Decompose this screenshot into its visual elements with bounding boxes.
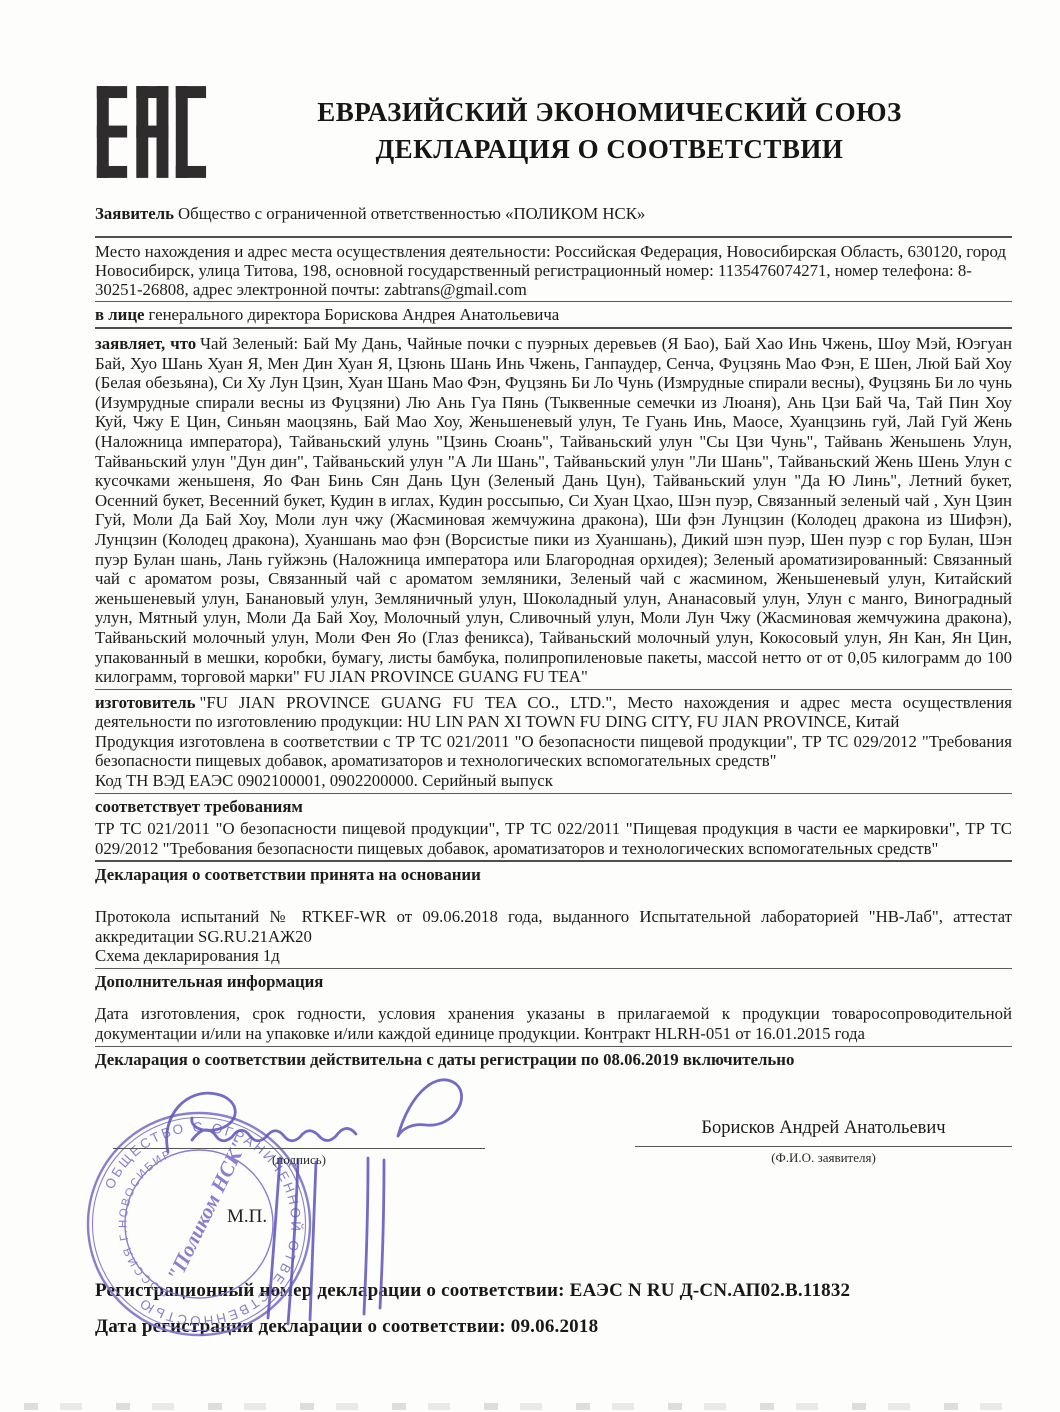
additional-info-paragraph: Дата изготовления, срок годности, услови… [95,1004,1012,1043]
fio-line [635,1146,1012,1147]
production-standards-paragraph: Продукция изготовлена в соответствии с Т… [95,732,1012,771]
divider [95,327,1012,329]
representative-value: генерального директора Борискова Андрея … [148,305,559,324]
compliance-header: соответствует требованиям [95,797,1012,817]
representative-label: в лице [95,305,144,324]
validity-line: Декларация о соответствии действительна … [95,1050,1012,1070]
additional-info-header: Дополнительная информация [95,972,1012,992]
document-header: ЕВРАЗИЙСКИЙ ЭКОНОМИЧЕСКИЙ СОЮЗ ДЕКЛАРАЦИ… [95,82,1012,182]
representative-line: в лицегенерального директора Борискова А… [95,305,1012,325]
divider [95,968,1012,969]
divider [95,1046,1012,1047]
page-title: ЕВРАЗИЙСКИЙ ЭКОНОМИЧЕСКИЙ СОЮЗ ДЕКЛАРАЦИ… [207,82,1012,168]
applicant-line: ЗаявительОбщество с ограниченной ответст… [95,204,1012,224]
manufacturer-value: "FU JIAN PROVINCE GUANG FU TEA CO., LTD.… [95,693,1012,732]
fio-caption: (Ф.И.О. заявителя) [635,1150,1012,1166]
fio-block: Борисков Андрей Анатольевич (Ф.И.О. заяв… [635,1118,1012,1166]
title-line-union: ЕВРАЗИЙСКИЙ ЭКОНОМИЧЕСКИЙ СОЮЗ [207,94,1012,131]
divider [95,860,1012,862]
applicant-label: Заявитель [95,204,174,223]
address-paragraph: Место нахождения и адрес места осуществл… [95,242,1012,299]
registration-number-value: ЕАЭС N RU Д-CN.АП02.В.11832 [570,1280,851,1301]
manufacturer-paragraph: изготовитель"FU JIAN PROVINCE GUANG FU T… [95,693,1012,732]
eac-logo-icon [95,82,207,182]
applicant-fio: Борисков Андрей Анатольевич [635,1118,1012,1139]
divider [95,301,1012,302]
signature-caption: (подпись) [113,1152,485,1168]
stamp-place-label: М.П. [227,1206,267,1228]
signature-line-block: (подпись) [113,1148,485,1168]
declaration-document: ЕВРАЗИЙСКИЙ ЭКОНОМИЧЕСКИЙ СОЮЗ ДЕКЛАРАЦИ… [95,82,1012,1338]
manufacturer-label: изготовитель [95,693,196,712]
declares-paragraph: заявляет, чтоЧай Зеленый: Бай Му Дань, Ч… [95,334,1012,687]
declares-label: заявляет, что [95,334,196,353]
compliance-paragraph: ТР ТС 021/2011 "О безопасности пищевой п… [95,819,1012,858]
scan-noise-artifact [24,1403,1036,1410]
signature-line [113,1148,485,1149]
divider [95,793,1012,794]
title-line-declaration: ДЕКЛАРАЦИЯ О СООТВЕТСТВИИ [207,131,1012,168]
divider [95,689,1012,690]
signature-handwriting [130,1074,560,1336]
applicant-value: Общество с ограниченной ответственностью… [178,204,645,223]
basis-header: Декларация о соответствии принята на осн… [95,865,1012,885]
scanned-declaration-page: { "header": { "title1": "ЕВРАЗИЙСКИЙ ЭКО… [0,0,1060,1412]
signature-area: ОБЩЕСТВО С ОГРАНИЧЕННОЙ ОТВЕТСТВЕННОСТЬЮ… [95,1084,1012,1276]
product-list: Чай Зеленый: Бай Му Дань, Чайные почки с… [95,334,1012,686]
tnved-code-line: Код ТН ВЭД ЕАЭС 0902100001, 0902200000. … [95,771,1012,791]
declaration-scheme-line: Схема декларирования 1д [95,946,1012,966]
divider [95,236,1012,238]
test-protocol-paragraph: Протокола испытаний № RTKEF-WR от 09.06.… [95,907,1012,946]
